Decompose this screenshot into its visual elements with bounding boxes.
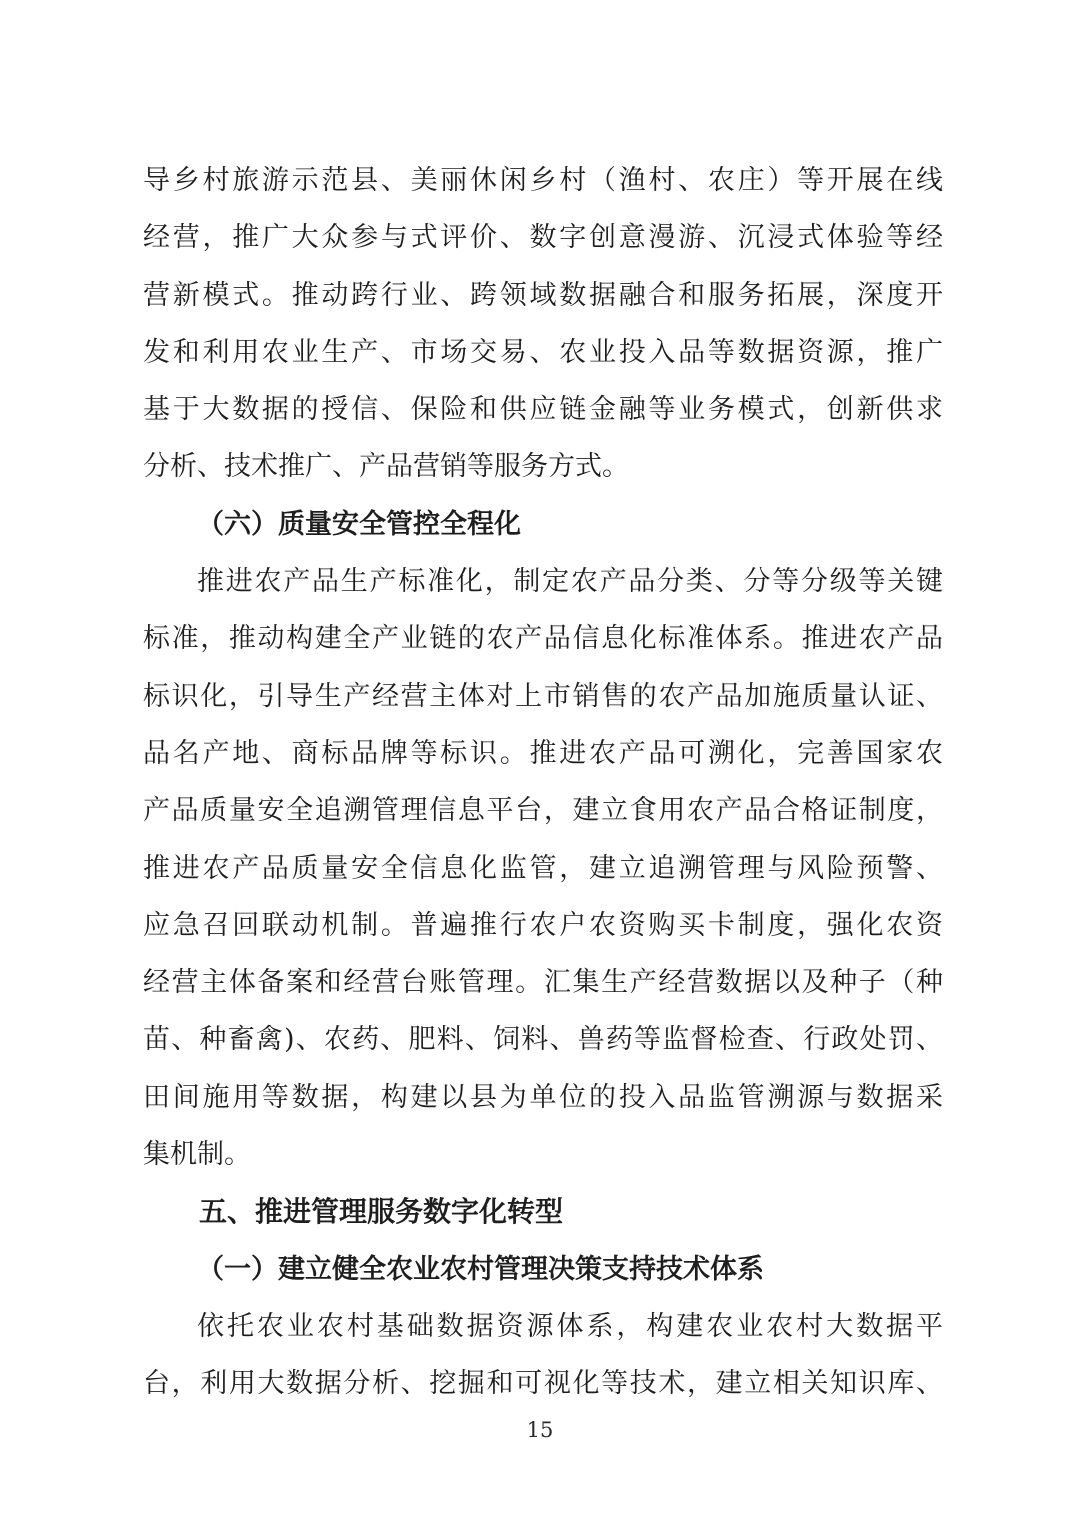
body-text-line: 品名产地、商标品牌等标识。推进农产品可溯化，完善国家农 bbox=[143, 725, 943, 782]
body-text-line: 分析、技术推广、产品营销等服务方式。 bbox=[143, 438, 943, 495]
body-text-line: 经营主体备案和经营台账管理。汇集生产经营数据以及种子（种 bbox=[143, 954, 943, 1011]
body-text-line: 产品质量安全追溯管理信息平台，建立食用农产品合格证制度， bbox=[143, 782, 943, 839]
body-text-line: 标识化，引导生产经营主体对上市销售的农产品加施质量认证、 bbox=[143, 668, 943, 725]
section-heading: 五、推进管理服务数字化转型 bbox=[143, 1183, 943, 1240]
body-text-line: 集机制。 bbox=[143, 1126, 943, 1183]
body-text-line: 营新模式。推动跨行业、跨领域数据融合和服务拓展，深度开 bbox=[143, 267, 943, 324]
section-heading: （一）建立健全农业农村管理决策支持技术体系 bbox=[143, 1241, 943, 1298]
document-page: 导乡村旅游示范县、美丽休闲乡村（渔村、农庄）等开展在线经营，推广大众参与式评价、… bbox=[0, 0, 1080, 1527]
body-text-line: 依托农业农村基础数据资源体系，构建农业农村大数据平 bbox=[143, 1298, 943, 1355]
page-number: 15 bbox=[0, 1415, 1080, 1445]
body-text-line: 推进农产品生产标准化，制定农产品分类、分等分级等关键 bbox=[143, 553, 943, 610]
body-text-line: 苗、种畜禽)、农药、肥料、饲料、兽药等监督检查、行政处罚、 bbox=[143, 1011, 943, 1068]
body-text-line: 台，利用大数据分析、挖掘和可视化等技术，建立相关知识库、 bbox=[143, 1355, 943, 1412]
body-text-line: 应急召回联动机制。普遍推行农户农资购买卡制度，强化农资 bbox=[143, 897, 943, 954]
section-heading: （六）质量安全管控全程化 bbox=[143, 496, 943, 553]
page-body: 导乡村旅游示范县、美丽休闲乡村（渔村、农庄）等开展在线经营，推广大众参与式评价、… bbox=[143, 152, 943, 1413]
body-text-line: 导乡村旅游示范县、美丽休闲乡村（渔村、农庄）等开展在线 bbox=[143, 152, 943, 209]
body-text-line: 田间施用等数据，构建以县为单位的投入品监管溯源与数据采 bbox=[143, 1069, 943, 1126]
body-text-line: 标准，推动构建全产业链的农产品信息化标准体系。推进农产品 bbox=[143, 610, 943, 667]
body-text-line: 经营，推广大众参与式评价、数字创意漫游、沉浸式体验等经 bbox=[143, 209, 943, 266]
body-text-line: 推进农产品质量安全信息化监管，建立追溯管理与风险预警、 bbox=[143, 840, 943, 897]
body-text-line: 发和利用农业生产、市场交易、农业投入品等数据资源，推广 bbox=[143, 324, 943, 381]
body-text-line: 基于大数据的授信、保险和供应链金融等业务模式，创新供求 bbox=[143, 381, 943, 438]
